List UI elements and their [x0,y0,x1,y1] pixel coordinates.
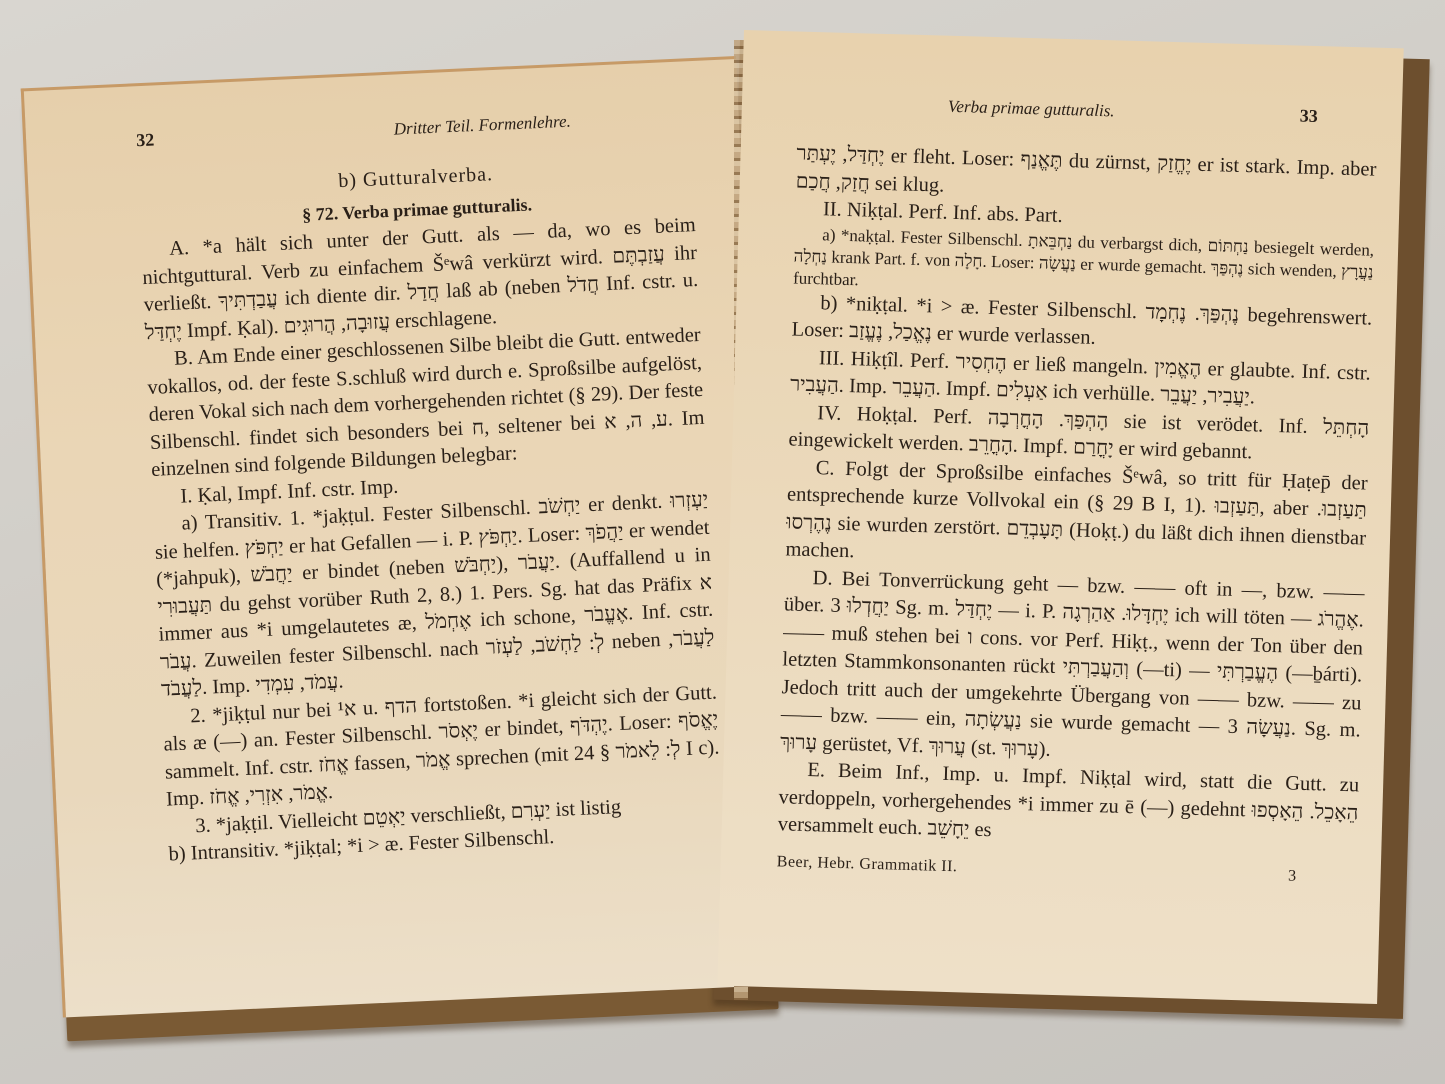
paragraph: E. Beim Inf., Imp. u. Impf. Niḳṭal wird,… [777,756,1359,855]
book-photo: 32 Dritter Teil. Formenlehre. b) Guttura… [0,0,1445,1084]
paragraph: C. Folgt der Sproßsilbe einfaches Šᵉwâ, … [785,454,1368,580]
right-page-body: יֶחְדַּל, יֶעְתַּר er fleht. Loser: תֶּא… [777,141,1376,855]
running-head-title-left: Dritter Teil. Formenlehre. [393,112,571,140]
page-number-right: 33 [1300,106,1319,127]
running-head-left: 32 Dritter Teil. Formenlehre. [136,105,691,151]
right-page: Verba primae gutturalis. 33 יֶחְדַּל, יֶ… [717,30,1403,1004]
left-page-body: A. *a hält sich unter der Gutt. als — da… [141,212,724,869]
footer-book-title: Beer, Hebr. Grammatik II. [777,853,958,876]
footer-signature-mark: 3 [1288,867,1297,885]
paragraph: a) Transitiv. 1. *jaḳṭul. Fester Silbens… [153,487,716,704]
running-head-title-right: Verba primae gutturalis. [948,97,1115,122]
page-footer: Beer, Hebr. Grammatik II. 3 [777,853,1357,887]
paragraph: D. Bei Tonverrückung geht — bzw. —— oft … [780,564,1365,773]
paragraph: B. Am Ende einer geschlossenen Silbe ble… [146,322,707,485]
running-head-right: Verba primae gutturalis. 33 [798,92,1378,129]
page-number-left: 32 [136,129,155,151]
left-page: 32 Dritter Teil. Formenlehre. b) Guttura… [21,56,778,1018]
